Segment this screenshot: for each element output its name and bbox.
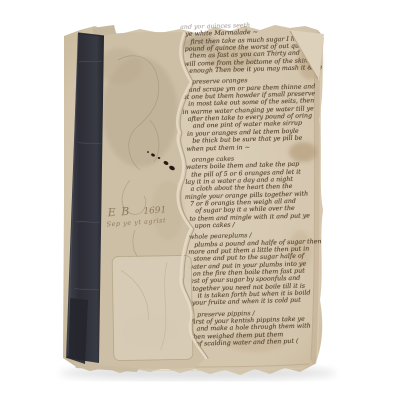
spine: [66, 33, 104, 364]
photo-canvas: and yor quinces seethye white Marmalade …: [0, 0, 400, 400]
corner-fold: [289, 30, 324, 81]
inscription-initials: E B: [107, 205, 130, 220]
inscription-year: 1691: [143, 205, 167, 217]
spine-bottom-fold: [67, 298, 88, 364]
